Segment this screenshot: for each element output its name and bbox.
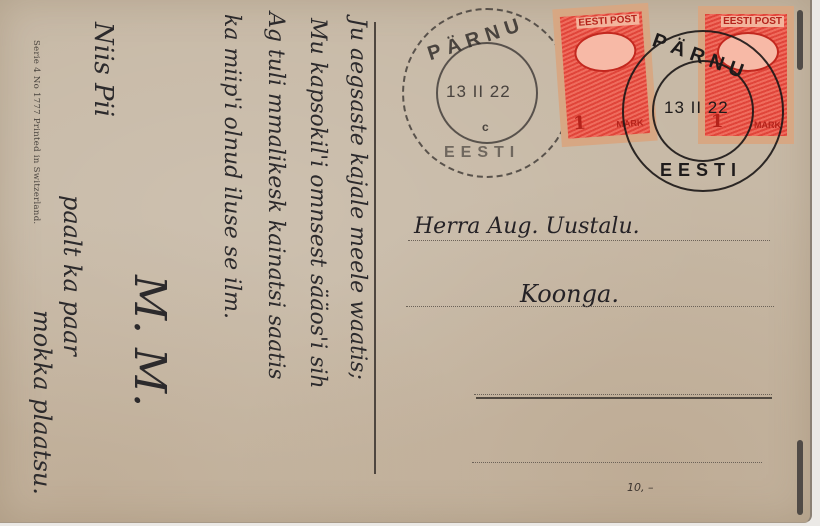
message-line: Ju aegsaste kajale meele waatis; xyxy=(345,18,370,380)
address-line-1: Herra Aug. Uustalu. xyxy=(414,214,640,239)
message-line: ka miip'i olnud iluse se ilm. xyxy=(219,14,244,319)
edge-wear-mark xyxy=(797,440,803,515)
edge-wear-mark xyxy=(797,10,803,70)
address-rule xyxy=(408,240,770,241)
stamp-ship-emblem xyxy=(573,30,638,74)
address-rule xyxy=(474,394,772,395)
address-rule xyxy=(406,306,774,307)
divider-line xyxy=(374,22,376,474)
address-rule xyxy=(472,462,762,463)
message-line: Mu kapsokil'i omnsest sääos'i sih xyxy=(305,18,330,389)
address-rule xyxy=(476,397,772,399)
postmark-left: PÄRNU 13 II 22 c EESTI xyxy=(402,8,572,178)
postmark-right: PÄRNU 13 II 22 EESTI xyxy=(622,30,784,192)
price-note: 10, – xyxy=(627,481,654,494)
printed-imprint: Serie 4 No 1777 Printed in Switzerland. xyxy=(31,40,41,224)
address-line-2: Koonga. xyxy=(520,280,619,308)
side-note-line: mokka plaatsu. xyxy=(28,310,56,495)
postcard-back: Serie 4 No 1777 Printed in Switzerland. … xyxy=(0,0,812,523)
signature: M. M. xyxy=(124,275,175,407)
side-note-line: Niis Pii xyxy=(88,22,118,117)
side-note-line: paalt ka paar xyxy=(58,195,86,356)
message-line: Ag tuli mmalikesk kainatsi saatis xyxy=(263,12,288,380)
